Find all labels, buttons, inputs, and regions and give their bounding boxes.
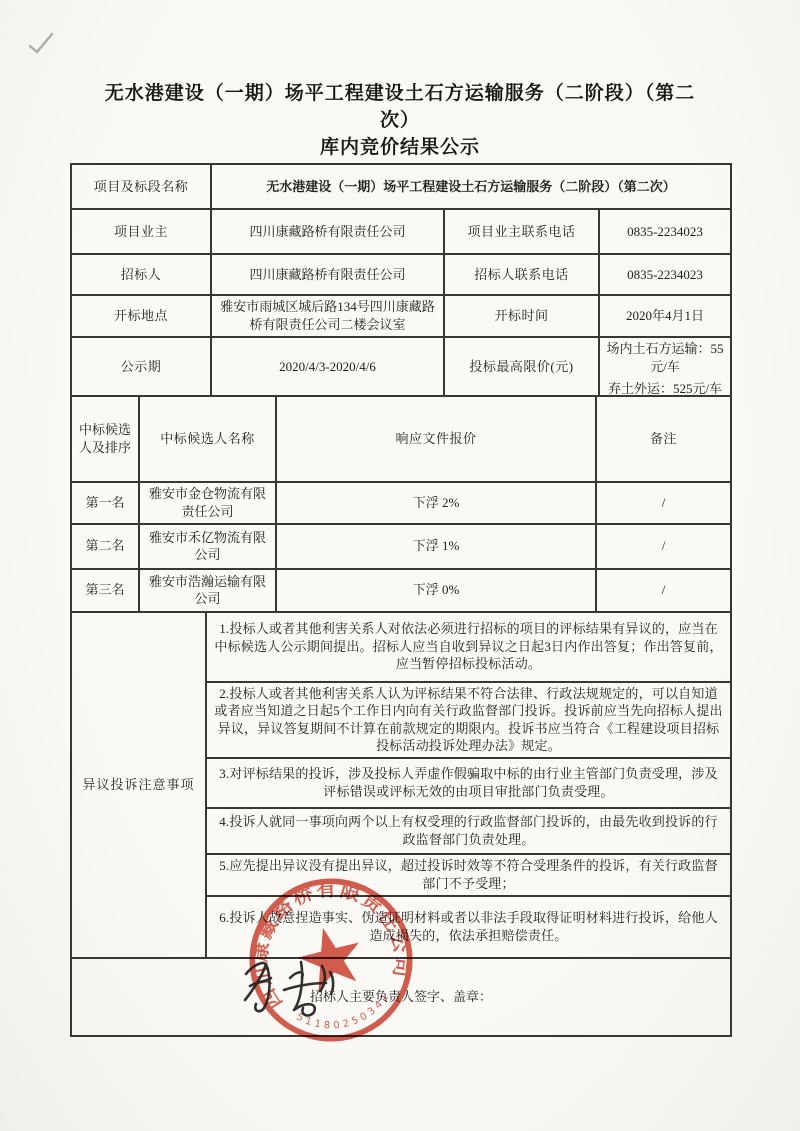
notice-item-4: 4.投诉人就同一事项向两个以上有权受理的行政监督部门投诉的，由最先收到投诉的行政… — [206, 808, 731, 854]
info-value-publicity-period: 2020/4/3-2020/4/6 — [211, 337, 444, 396]
candidate-name: 雅安市禾亿物流有限公司 — [139, 524, 276, 569]
page-title-line3: 库内竞价结果公示 — [40, 134, 760, 161]
notice-section-label: 异议投诉注意事项 — [71, 612, 206, 958]
candidate-offer: 下浮 2% — [276, 482, 596, 524]
info-label-owner: 项目业主 — [71, 209, 211, 254]
info-label-open-place: 开标地点 — [71, 295, 211, 337]
candidates-table: 中标候选人及排序 中标候选人名称 响应文件报价 备注 第一名 雅安市金仓物流有限… — [70, 395, 732, 613]
candidates-header-offer: 响应文件报价 — [276, 396, 596, 482]
notice-item-2: 2.投标人或者其他利害关系人认为评标结果不符合法律、行政法规规定的，可以自知道或… — [206, 682, 731, 758]
info-value-owner-phone: 0835-2234023 — [599, 209, 731, 254]
info-label-price-limit: 投标最高限价(元) — [444, 337, 599, 396]
candidate-rank: 第三名 — [71, 569, 139, 612]
page-title: 无水港建设（一期）场平工程建设土石方运输服务（二阶段）（第二 次） 库内竞价结果… — [40, 80, 760, 161]
candidate-row-2: 第二名 雅安市禾亿物流有限公司 下浮 1% / — [71, 524, 731, 569]
candidate-offer: 下浮 0% — [276, 569, 596, 612]
document-page: 无水港建设（一期）场平工程建设土石方运输服务（二阶段）（第二 次） 库内竞价结果… — [0, 0, 800, 1131]
info-value-owner: 四川康藏路桥有限责任公司 — [211, 209, 444, 254]
candidate-name: 雅安市浩瀚运输有限公司 — [139, 569, 276, 612]
info-label-publicity-period: 公示期 — [71, 337, 211, 396]
info-value-tenderer: 四川康藏路桥有限责任公司 — [211, 254, 444, 295]
candidates-header-rank: 中标候选人及排序 — [71, 396, 139, 482]
notice-item-1: 1.投标人或者其他利害关系人对依法必须进行招标的项目的评标结果有异议的，应当在中… — [206, 612, 731, 682]
price-limit-line2: 弃土外运：525元/车 — [606, 380, 724, 398]
candidate-note: / — [596, 524, 731, 569]
project-info-table: 项目及标段名称 无水港建设（一期）场平工程建设土石方运输服务（二阶段）（第二次）… — [70, 163, 732, 397]
candidate-rank: 第一名 — [71, 482, 139, 524]
info-value-tenderer-phone: 0835-2234023 — [599, 254, 731, 295]
page-title-line2: 次） — [40, 107, 760, 134]
info-value-open-time: 2020年4月1日 — [599, 295, 731, 337]
candidate-rank: 第二名 — [71, 524, 139, 569]
scan-artifact — [26, 30, 56, 56]
candidate-note: / — [596, 569, 731, 612]
page-title-line1: 无水港建设（一期）场平工程建设土石方运输服务（二阶段）（第二 — [40, 80, 760, 107]
candidates-header-note: 备注 — [596, 396, 731, 482]
info-value-open-place: 雅安市雨城区城后路134号四川康藏路桥有限责任公司二楼会议室 — [211, 295, 444, 337]
candidate-row-1: 第一名 雅安市金仓物流有限责任公司 下浮 2% / — [71, 482, 731, 524]
candidate-note: / — [596, 482, 731, 524]
info-label-project: 项目及标段名称 — [71, 164, 211, 209]
candidate-row-3: 第三名 雅安市浩瀚运输有限公司 下浮 0% / — [71, 569, 731, 612]
candidate-name: 雅安市金仓物流有限责任公司 — [139, 482, 276, 524]
signature-handwriting — [238, 948, 348, 1030]
info-value-project: 无水港建设（一期）场平工程建设土石方运输服务（二阶段）（第二次） — [211, 164, 731, 209]
candidates-header-name: 中标候选人名称 — [139, 396, 276, 482]
price-limit-line1: 场内土石方运输：55元/车 — [606, 340, 724, 375]
info-label-open-time: 开标时间 — [444, 295, 599, 337]
info-value-price-limit: 场内土石方运输：55元/车 弃土外运：525元/车 — [599, 337, 731, 396]
notice-item-3: 3.对评标结果的投诉，涉及投标人弄虚作假骗取中标的由行业主管部门负责受理，涉及评… — [206, 758, 731, 808]
info-label-tenderer: 招标人 — [71, 254, 211, 295]
info-label-tenderer-phone: 招标人联系电话 — [444, 254, 599, 295]
info-label-owner-phone: 项目业主联系电话 — [444, 209, 599, 254]
candidate-offer: 下浮 1% — [276, 524, 596, 569]
